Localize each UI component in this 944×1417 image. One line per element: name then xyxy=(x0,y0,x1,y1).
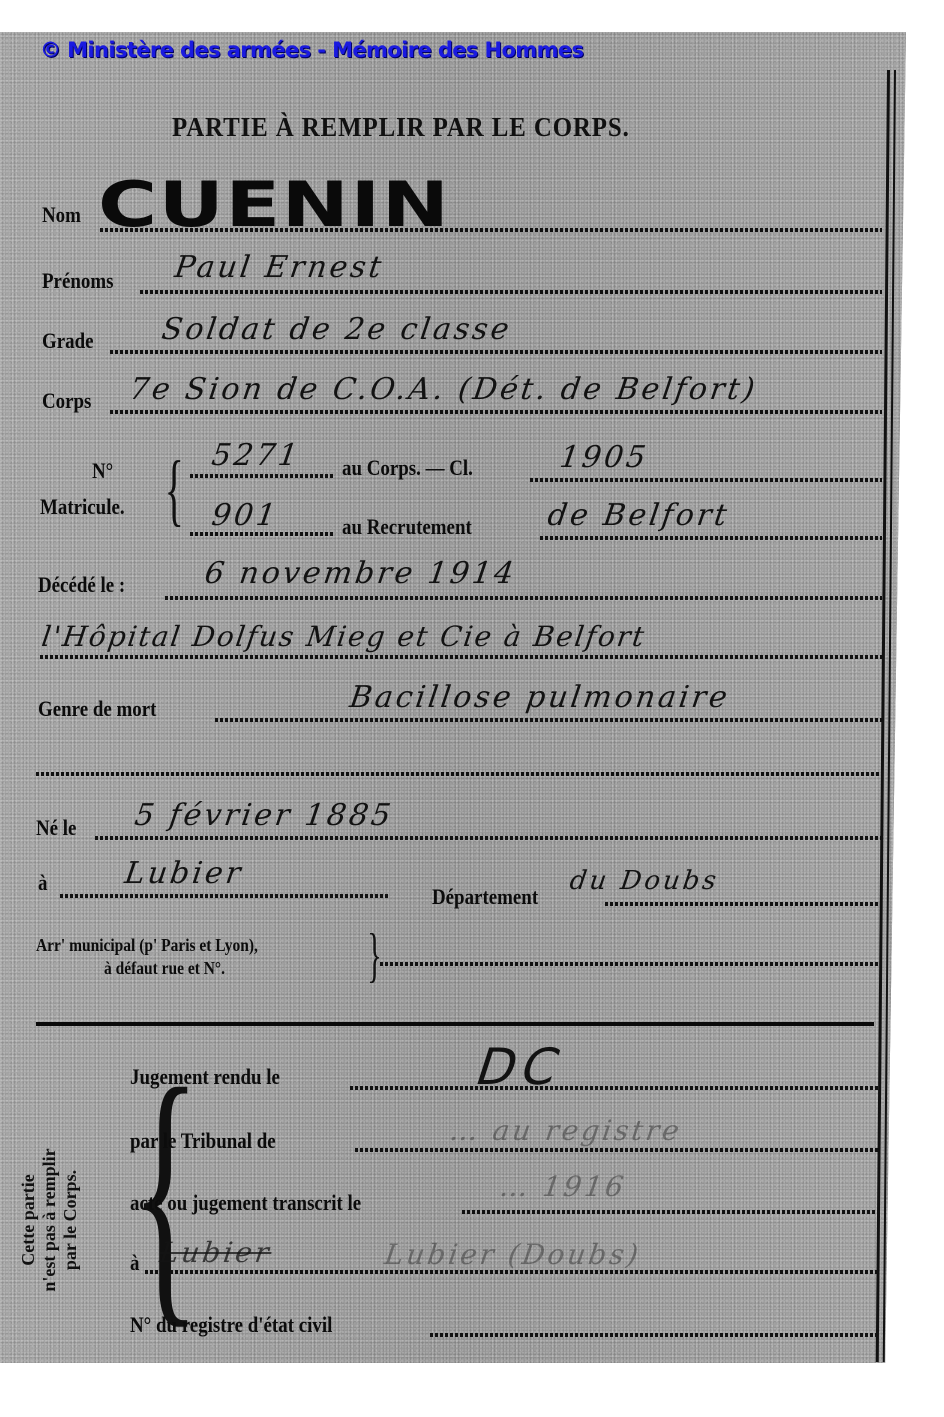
corps-line xyxy=(110,410,882,414)
departement-line xyxy=(605,902,882,906)
jugement-rendu-line xyxy=(350,1086,880,1090)
corps-label: Corps xyxy=(42,388,91,414)
lieu-deces-line xyxy=(40,655,882,659)
lieu-deces-value: l'Hôpital Dolfus Mieg et Cie à Belfort xyxy=(40,620,648,653)
corps-value: 7e Sion de C.O.A. (Dét. de Belfort) xyxy=(128,372,760,407)
departement-label: Département xyxy=(432,884,538,910)
matricule-corps-line xyxy=(190,474,335,478)
registre-line xyxy=(430,1333,880,1337)
arrondissement-line xyxy=(380,962,882,966)
genre-mort-value: Bacillose pulmonaire xyxy=(348,680,733,715)
side-note-line-3: par le Corps. xyxy=(60,1080,81,1360)
arrondissement-label-2: à défaut rue et N°. xyxy=(104,958,225,979)
grade-value: Soldat de 2e classe xyxy=(160,312,515,347)
transcrit-lieu-value: Lubier (Doubs) xyxy=(383,1238,643,1271)
deces-value: 6 novembre 1914 xyxy=(203,556,519,591)
registre-label: N° du registre d'état civil xyxy=(130,1312,332,1338)
lieu-naissance-value: Lubier xyxy=(123,856,246,891)
grade-label: Grade xyxy=(42,328,94,354)
transcrit-label: acte ou jugement transcrit le xyxy=(130,1190,361,1216)
naissance-value: 5 février 1885 xyxy=(133,798,396,833)
jugement-rendu-label: Jugement rendu le xyxy=(130,1064,280,1090)
transcrit-line xyxy=(462,1210,880,1214)
matricule-corps-suffix: au Corps. — Cl. xyxy=(342,455,473,481)
copyright-watermark: © Ministère des armées - Mémoire des Hom… xyxy=(40,38,583,62)
matricule-label-no: N° xyxy=(92,458,113,484)
matricule-recrutement-value-line xyxy=(540,536,882,540)
form-title: PARTIE À REMPLIR PAR LE CORPS. xyxy=(172,112,630,143)
lieu-naissance-line xyxy=(60,894,390,898)
matricule-brace: { xyxy=(165,450,184,530)
matricule-recrutement-line xyxy=(190,532,335,536)
nom-label: Nom xyxy=(42,202,81,228)
side-note: Cette partie n'est pas à remplir par le … xyxy=(18,1080,128,1360)
lieu-naissance-label: à xyxy=(38,870,47,896)
matricule-corps-number: 5271 xyxy=(210,438,303,473)
naissance-line xyxy=(95,836,882,840)
transcrit-lieu-line xyxy=(145,1270,880,1274)
matricule-recrutement-label: au Recrutement xyxy=(342,514,472,540)
transcrit-value: … 1916 xyxy=(498,1170,629,1203)
naissance-label: Né le xyxy=(36,815,76,841)
genre-mort-line xyxy=(215,718,882,722)
prenoms-line xyxy=(140,290,882,294)
transcrit-lieu-struck: Lubier xyxy=(158,1236,274,1269)
side-note-line-2: n'est pas à remplir xyxy=(39,1080,60,1360)
blank-line xyxy=(36,772,882,776)
tribunal-value: … au registre xyxy=(448,1114,685,1147)
matricule-label: Matricule. xyxy=(40,494,125,520)
prenoms-value: Paul Ernest xyxy=(173,250,387,285)
arrondissement-label-1: Arr' municipal (p' Paris et Lyon), xyxy=(36,935,258,956)
arrondissement-brace: } xyxy=(367,925,381,985)
tribunal-line xyxy=(355,1148,880,1152)
matricule-recrutement-value: de Belfort xyxy=(546,498,732,533)
departement-value: du Doubs xyxy=(568,866,721,896)
side-note-line-1: Cette partie xyxy=(18,1080,39,1360)
transcrit-lieu-label: à xyxy=(130,1250,139,1276)
deces-line xyxy=(165,596,882,600)
matricule-classe: 1905 xyxy=(558,440,651,475)
section-divider xyxy=(36,1022,874,1026)
matricule-recrutement-number: 901 xyxy=(210,498,281,533)
matricule-classe-line xyxy=(530,478,882,482)
genre-mort-label: Genre de mort xyxy=(38,696,156,722)
nom-line xyxy=(100,228,882,232)
prenoms-label: Prénoms xyxy=(42,268,113,294)
grade-line xyxy=(110,350,882,354)
tribunal-label: par le Tribunal de xyxy=(130,1128,276,1154)
deces-label: Décédé le : xyxy=(38,572,125,598)
